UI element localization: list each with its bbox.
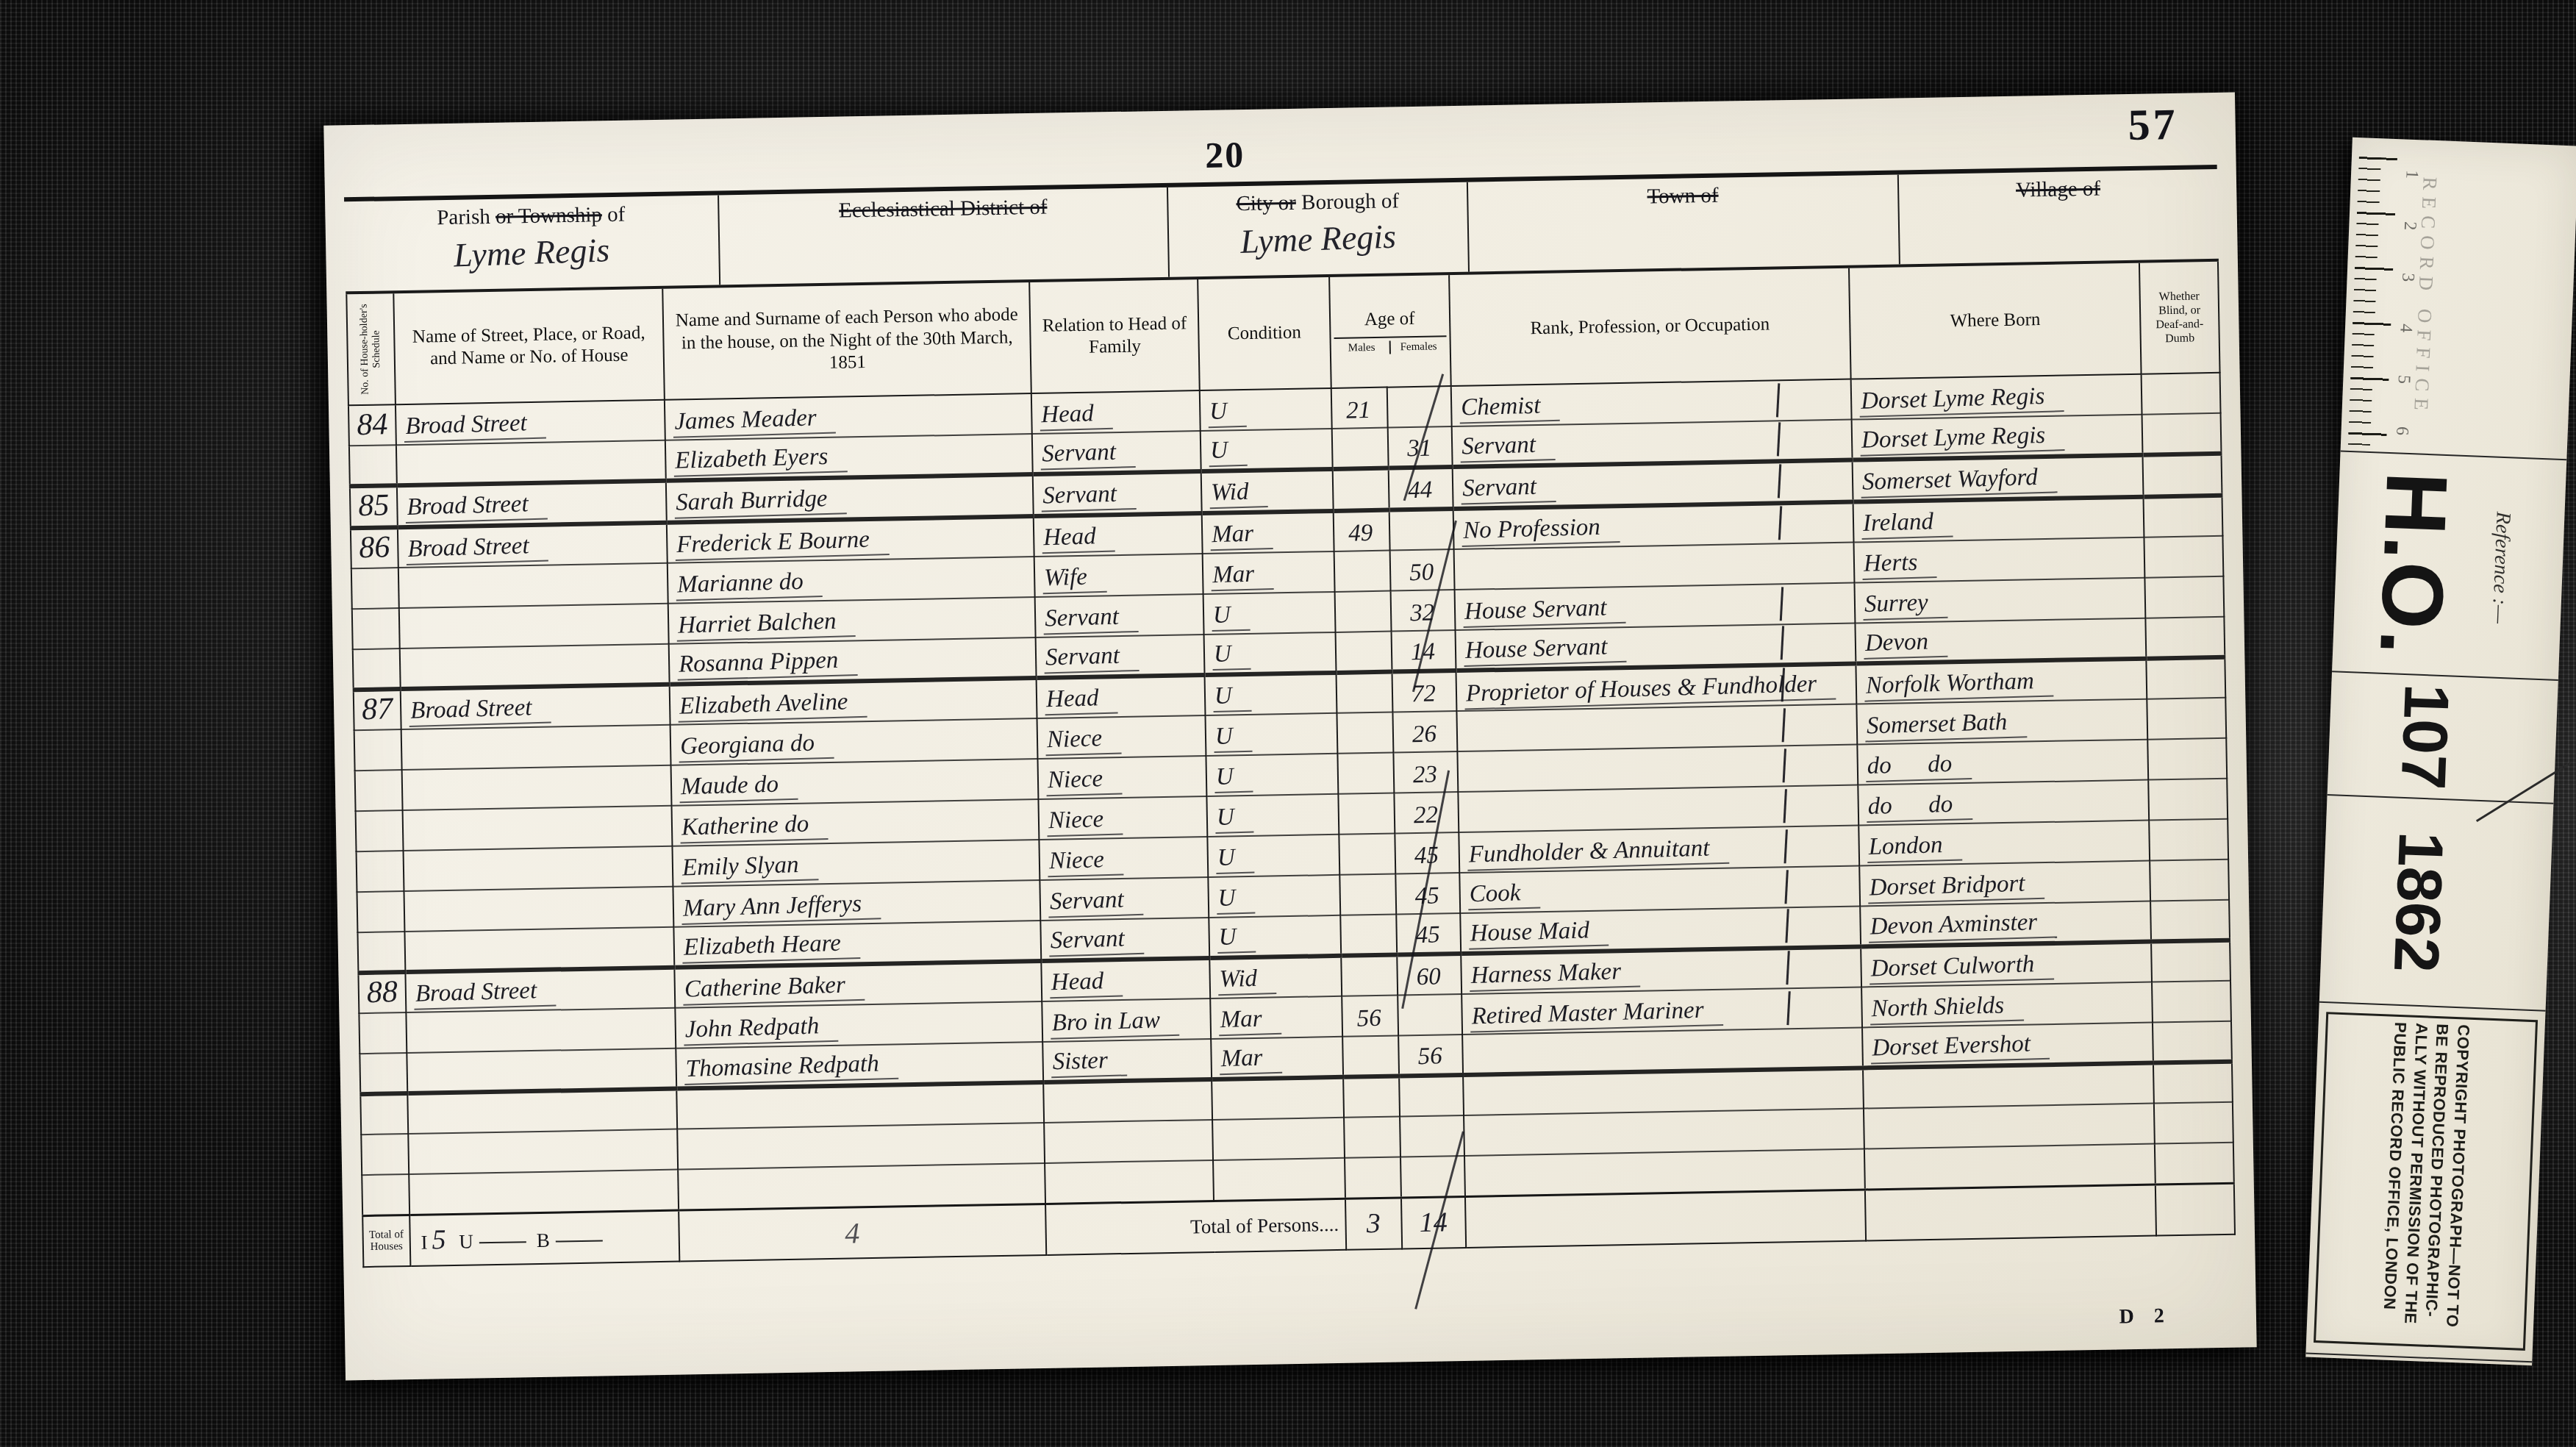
cell-schedule-number <box>357 891 405 932</box>
copyright-section: COPYRIGHT PHOTOGRAPH—NOT TOBE REPRODUCED… <box>2305 1003 2545 1362</box>
cell-where-born: Dorset Lyme Regis <box>1851 374 2142 420</box>
cell-relation: Niece <box>1039 796 1208 840</box>
parish-value: Lyme Regis <box>345 226 719 279</box>
cell-occupation: Harness Maker <box>1461 946 1862 994</box>
cell-street <box>398 563 668 608</box>
cell-person-name <box>678 1163 1045 1210</box>
cell-condition: Wid <box>1210 956 1342 998</box>
cell-street <box>402 806 673 851</box>
total-males-value: 3 <box>1345 1197 1403 1249</box>
enumerator-tick <box>1783 829 1787 863</box>
cell-person-name: Catherine Baker <box>675 961 1042 1008</box>
cell-street <box>396 440 667 485</box>
cell-condition <box>1212 1077 1344 1120</box>
cell-age-female: 32 <box>1391 590 1456 632</box>
enumerator-tick <box>1777 422 1781 456</box>
cell-schedule-number <box>352 608 400 649</box>
enumerator-tick <box>1778 464 1781 498</box>
cell-condition: U <box>1206 713 1337 756</box>
col-header-infirm: Whether Blind, or Deaf-and-Dumb <box>2139 262 2220 374</box>
cell-occupation <box>1458 785 1859 833</box>
cell-occupation: Retired Master Mariner <box>1461 987 1863 1035</box>
cell-where-born: Dorset Evershot <box>1862 1023 2153 1068</box>
cell-street <box>407 1048 677 1093</box>
cell-schedule-number: 86 <box>351 527 398 568</box>
ecclesiastical-cell: Ecclesiastical District of <box>719 187 1170 285</box>
houses-letter-b: B <box>537 1229 552 1251</box>
village-cell: Village of <box>1899 169 2219 265</box>
cell-condition: U <box>1206 754 1338 796</box>
cell-schedule-number <box>357 851 404 892</box>
age-of-label: Age of <box>1333 307 1446 339</box>
borough-label: City or Borough of <box>1236 189 1399 215</box>
cell-infirm <box>2150 860 2229 901</box>
cell-schedule-number <box>351 568 399 609</box>
cell-age-female <box>1400 1115 1464 1157</box>
cell-where-born: do do <box>1858 780 2150 826</box>
cell-age-male: 21 <box>1331 387 1387 429</box>
cell-occupation: House Servant <box>1454 583 1856 631</box>
cell-schedule-number: 88 <box>358 972 406 1013</box>
enumerator-tick <box>1779 587 1783 621</box>
cell-person-name: Katherine do <box>672 799 1040 846</box>
col-header-occupation: Rank, Profession, or Occupation <box>1449 268 1851 386</box>
cell-where-born <box>1864 1104 2155 1149</box>
cell-person-name: Emily Slyan <box>673 840 1040 887</box>
cell-infirm <box>2142 413 2222 455</box>
parish-struck-words: or Township <box>495 203 602 229</box>
cell-schedule-number <box>354 729 402 771</box>
cell-occupation <box>1462 1027 1864 1075</box>
cell-street <box>404 887 674 932</box>
cell-age-male <box>1341 955 1398 996</box>
cell-where-born: Somerset Bath <box>1857 699 2148 745</box>
cell-street: Broad Street <box>405 968 676 1012</box>
piece-section: 107 <box>2328 672 2558 804</box>
cell-street <box>406 1008 676 1053</box>
cell-where-born: Norfolk Wortham <box>1856 659 2147 704</box>
cell-infirm <box>2147 738 2227 780</box>
cell-person-name <box>676 1082 1044 1129</box>
cell-schedule-number <box>361 1134 409 1175</box>
census-table: No. of House-holder's Schedule Name of S… <box>346 262 2236 1268</box>
cell-street <box>401 765 672 810</box>
reference-label: Reference :— <box>2487 511 2515 624</box>
cell-age-female: 72 <box>1392 671 1456 712</box>
cell-relation: Bro in Law <box>1042 998 1212 1042</box>
cell-age-male <box>1332 468 1389 511</box>
cell-person-name: Elizabeth Heare <box>674 921 1042 968</box>
total-houses-value: 5 <box>432 1224 448 1255</box>
col-header-condition: Condition <box>1198 277 1331 390</box>
census-sheet: 20 57 Parish or Township of Lyme Regis E… <box>323 92 2256 1380</box>
cell-age-male <box>1336 672 1392 713</box>
cell-age-female <box>1389 509 1454 551</box>
houses-blank-line <box>479 1241 526 1243</box>
cell-age-male <box>1335 632 1392 673</box>
cell-occupation <box>1463 1068 1864 1115</box>
cell-infirm <box>2151 940 2230 982</box>
cell-person-name: Frederick E Bourne <box>667 516 1034 563</box>
cell-age-female: 26 <box>1392 711 1457 753</box>
cell-condition: U <box>1209 875 1340 918</box>
cell-condition: U <box>1203 592 1335 635</box>
cell-street <box>403 846 673 891</box>
cell-schedule-number <box>353 649 401 690</box>
cell-age-female <box>1398 994 1462 1036</box>
cell-relation: Servant <box>1040 877 1209 921</box>
cell-relation: Niece <box>1040 837 1209 880</box>
cell-condition: Mar <box>1202 511 1334 554</box>
cell-relation: Niece <box>1038 756 1207 799</box>
enumerator-tick <box>1783 789 1786 823</box>
cell-age-male <box>1339 834 1395 875</box>
cell-age-male <box>1334 591 1391 632</box>
cell-where-born: Herts <box>1854 537 2145 583</box>
enumerator-tick <box>1782 748 1786 782</box>
cell-infirm <box>2142 373 2221 415</box>
cell-schedule-number <box>359 1012 407 1054</box>
page-number-right: 57 <box>2128 99 2178 151</box>
cell-age-male: 49 <box>1333 510 1389 551</box>
footer-scribble: 4 <box>845 1216 860 1249</box>
cell-infirm <box>2144 496 2223 537</box>
enumerator-tick <box>1785 909 1789 943</box>
cell-age-female <box>1399 1075 1464 1117</box>
cell-condition: Mar <box>1212 1037 1343 1079</box>
cell-age-female: 22 <box>1394 792 1459 834</box>
cell-where-born: Dorset Bridport <box>1860 861 2151 907</box>
total-houses-label: Total of Houses <box>362 1215 410 1267</box>
parish-label: Parish or Township of <box>437 203 626 229</box>
cell-age-male <box>1334 551 1390 592</box>
cell-occupation: Chemist <box>1450 379 1852 427</box>
cell-relation: Wife <box>1034 554 1203 597</box>
footer-name-cell: 4 <box>679 1204 1046 1262</box>
cell-age-male <box>1344 1116 1400 1157</box>
page-number-left: 20 <box>1205 133 1245 176</box>
cell-relation <box>1045 1160 1214 1204</box>
cell-condition: U <box>1204 632 1336 675</box>
cell-condition: Mar <box>1211 996 1342 1039</box>
cell-occupation: House Servant <box>1455 624 1856 671</box>
footer-occupation-cell <box>1464 1189 1866 1247</box>
cell-where-born: London <box>1859 821 2150 866</box>
cell-condition: U <box>1201 429 1332 471</box>
cell-infirm <box>2153 1021 2232 1063</box>
parish-cell: Parish or Township of Lyme Regis <box>344 195 720 291</box>
cell-street: Broad Street <box>400 685 670 729</box>
cell-occupation: Fundholder & Annuitant <box>1459 826 1860 873</box>
houses-letter-i: I <box>421 1232 429 1254</box>
village-label: Village of <box>2016 177 2101 202</box>
cell-occupation: Servant <box>1451 420 1853 468</box>
pro-reference-slip: 123456 RECORD OFFICE H.O. Reference :— 1… <box>2305 137 2576 1366</box>
footer-born-cell <box>1865 1185 2156 1241</box>
cell-schedule-number <box>362 1174 409 1215</box>
cell-infirm <box>2145 617 2225 659</box>
cell-age-female <box>1387 386 1452 428</box>
ruler-section: 123456 RECORD OFFICE <box>2341 137 2576 461</box>
photograph-background: 20 57 Parish or Township of Lyme Regis E… <box>0 0 2576 1447</box>
total-houses-cell: I5UB <box>409 1210 680 1266</box>
cell-occupation <box>1456 704 1858 752</box>
cell-person-name: Maude do <box>671 759 1039 806</box>
total-persons-label: Total of Persons.... <box>1045 1198 1346 1255</box>
cell-age-male <box>1338 793 1395 835</box>
cell-where-born: Somerset Wayford <box>1853 455 2144 502</box>
cell-relation <box>1043 1079 1212 1123</box>
cell-age-male: 56 <box>1342 996 1398 1037</box>
cell-street <box>398 604 669 649</box>
cell-occupation: House Maid <box>1460 907 1861 954</box>
houses-letter-u: U <box>459 1231 475 1253</box>
cell-where-born: Dorset Culworth <box>1861 942 2153 987</box>
cell-relation: Servant <box>1035 594 1204 637</box>
cell-infirm <box>2149 819 2228 861</box>
cell-relation: Head <box>1037 675 1206 718</box>
cell-person-name: Marianne do <box>668 557 1035 604</box>
cell-street <box>399 644 670 689</box>
cell-street <box>409 1170 679 1215</box>
col-header-born: Where Born <box>1849 263 2141 379</box>
cell-condition: Mar <box>1203 551 1334 594</box>
cell-schedule-number <box>360 1093 408 1135</box>
cell-street: Broad Street <box>397 523 668 568</box>
cell-schedule-number <box>355 770 403 811</box>
cell-street: Broad Street <box>396 481 667 527</box>
year-section: 1862 <box>2319 796 2554 1012</box>
printer-plate-mark: D 2 <box>2119 1304 2172 1329</box>
cell-occupation: Proprietor of Houses & Fundholder <box>1456 664 1857 712</box>
cell-occupation <box>1464 1108 1865 1156</box>
cell-age-male <box>1343 1076 1400 1117</box>
cell-condition <box>1213 1158 1345 1201</box>
cell-age-male <box>1331 428 1388 469</box>
cell-age-female: 56 <box>1398 1035 1463 1076</box>
cell-person-name: Elizabeth Aveline <box>670 678 1037 725</box>
cell-person-name: Georgiana do <box>670 718 1038 765</box>
cell-infirm <box>2150 900 2230 942</box>
census-rows: 84Broad StreetJames MeaderHeadU21Chemist… <box>348 373 2234 1215</box>
cell-where-born: Devon Axminster <box>1861 901 2152 947</box>
footer-infirm-cell <box>2155 1183 2235 1236</box>
cell-person-name: Thomasine Redpath <box>676 1042 1044 1089</box>
cell-occupation: No Profession <box>1453 502 1854 550</box>
cell-person-name: John Redpath <box>676 1001 1043 1048</box>
cell-schedule-number <box>359 1053 407 1094</box>
piece-number: 107 <box>2386 682 2463 790</box>
cell-relation: Niece <box>1037 715 1206 759</box>
cell-person-name: Elizabeth Eyers <box>665 434 1033 481</box>
enumerator-tick <box>1784 870 1788 904</box>
col-header-name: Name and Surname of each Person who abod… <box>662 282 1031 400</box>
col-header-relation: Relation to Head of Family <box>1029 279 1200 393</box>
cell-person-name: Mary Ann Jefferys <box>673 880 1041 927</box>
cell-infirm <box>2143 454 2222 497</box>
col-header-street: Name of Street, Place, or Road, and Name… <box>393 289 665 404</box>
cell-relation: Servant <box>1033 471 1202 516</box>
cell-age-female: 45 <box>1396 913 1461 955</box>
cell-infirm <box>2153 1062 2233 1104</box>
cell-where-born: do do <box>1858 740 2149 785</box>
cell-where-born: Surrey <box>1855 578 2146 624</box>
cell-relation: Head <box>1031 390 1201 434</box>
folio-number: 1862 <box>2379 830 2457 973</box>
enumerator-tick <box>1781 708 1785 742</box>
ecclesiastical-label: Ecclesiastical District of <box>839 196 1048 223</box>
cell-street <box>407 1089 678 1134</box>
cell-occupation <box>1457 745 1858 793</box>
series-code: H.O. <box>2360 470 2467 658</box>
cell-schedule-number: 84 <box>348 404 396 446</box>
cell-infirm <box>2152 981 2231 1023</box>
series-section: H.O. Reference :— <box>2332 451 2566 681</box>
cell-age-female: 45 <box>1395 832 1459 874</box>
cell-occupation <box>1453 543 1855 590</box>
cell-where-born: Ireland <box>1853 497 2144 543</box>
cell-relation: Servant <box>1041 918 1210 961</box>
town-cell: Town of <box>1468 174 1900 271</box>
cell-where-born: North Shields <box>1861 982 2153 1028</box>
borough-cell: City or Borough of Lyme Regis <box>1168 182 1470 277</box>
cell-infirm <box>2155 1143 2234 1185</box>
cell-infirm <box>2144 576 2224 618</box>
enumerator-tick <box>1776 383 1780 417</box>
copyright-box: COPYRIGHT PHOTOGRAPH—NOT TOBE REPRODUCED… <box>2314 1012 2538 1351</box>
cell-person-name <box>677 1123 1045 1170</box>
cell-street <box>404 927 675 972</box>
ruler-number: 6 <box>2391 426 2411 436</box>
cell-relation: Servant <box>1032 431 1201 474</box>
borough-value: Lyme Regis <box>1169 214 1468 263</box>
cell-schedule-number <box>349 445 397 486</box>
col-header-schedule: No. of House-holder's Schedule <box>346 293 395 405</box>
cell-relation <box>1044 1120 1213 1163</box>
cell-where-born <box>1864 1144 2155 1190</box>
cell-person-name: Sarah Burridge <box>666 474 1034 523</box>
cell-infirm <box>2144 536 2223 578</box>
cell-schedule-number: 87 <box>354 689 401 730</box>
cell-relation: Servant <box>1036 635 1205 678</box>
cell-infirm <box>2147 698 2226 740</box>
cell-relation: Sister <box>1042 1039 1212 1082</box>
col-header-age: Age of Males Females <box>1329 275 1451 388</box>
cell-occupation <box>1464 1148 1866 1196</box>
cell-condition: U <box>1205 673 1337 715</box>
cell-street <box>401 725 671 770</box>
cell-age-female: 44 <box>1389 467 1453 510</box>
cell-infirm <box>2146 657 2225 699</box>
cell-street: Broad Street <box>396 400 666 445</box>
houses-blank-line <box>556 1240 603 1243</box>
age-males-label: Males <box>1334 341 1389 356</box>
cell-relation: Head <box>1042 958 1211 1001</box>
cell-condition: Wid <box>1201 469 1333 513</box>
enumerator-tick <box>1778 506 1782 540</box>
copyright-stamp-text: COPYRIGHT PHOTOGRAPH—NOT TOBE REPRODUCED… <box>2378 1022 2474 1341</box>
cell-schedule-number <box>357 932 405 973</box>
cell-occupation: Cook <box>1459 866 1861 914</box>
cell-condition: U <box>1209 915 1341 958</box>
cell-condition: U <box>1208 835 1339 877</box>
cell-occupation: Servant <box>1452 460 1853 510</box>
enumerator-tick <box>1786 951 1789 985</box>
age-females-label: Females <box>1389 340 1447 354</box>
cell-relation: Head <box>1034 513 1203 557</box>
cell-where-born: Dorset Lyme Regis <box>1852 415 2143 460</box>
cell-infirm <box>2154 1102 2233 1144</box>
cell-condition: U <box>1200 388 1331 431</box>
cell-age-male <box>1342 1035 1399 1076</box>
cell-infirm <box>2148 779 2228 821</box>
cell-street <box>408 1129 679 1174</box>
cell-condition <box>1212 1118 1344 1160</box>
cell-person-name: Harriet Balchen <box>668 597 1036 644</box>
enumerator-tick <box>1780 626 1783 660</box>
cell-schedule-number <box>356 810 404 851</box>
cell-age-male <box>1337 712 1393 754</box>
cell-schedule-number: 85 <box>350 485 398 528</box>
cell-age-male <box>1340 915 1397 956</box>
cell-person-name: Rosanna Pippen <box>669 637 1037 685</box>
cell-condition: U <box>1207 794 1339 837</box>
town-label: Town of <box>1647 184 1719 209</box>
cell-person-name: James Meader <box>665 393 1032 440</box>
cell-age-male <box>1339 874 1396 915</box>
cell-where-born: Devon <box>1856 618 2147 664</box>
cell-age-male <box>1337 753 1394 794</box>
cell-where-born <box>1863 1063 2154 1109</box>
cell-age-male <box>1345 1157 1401 1198</box>
enumerator-tick <box>1786 991 1790 1025</box>
